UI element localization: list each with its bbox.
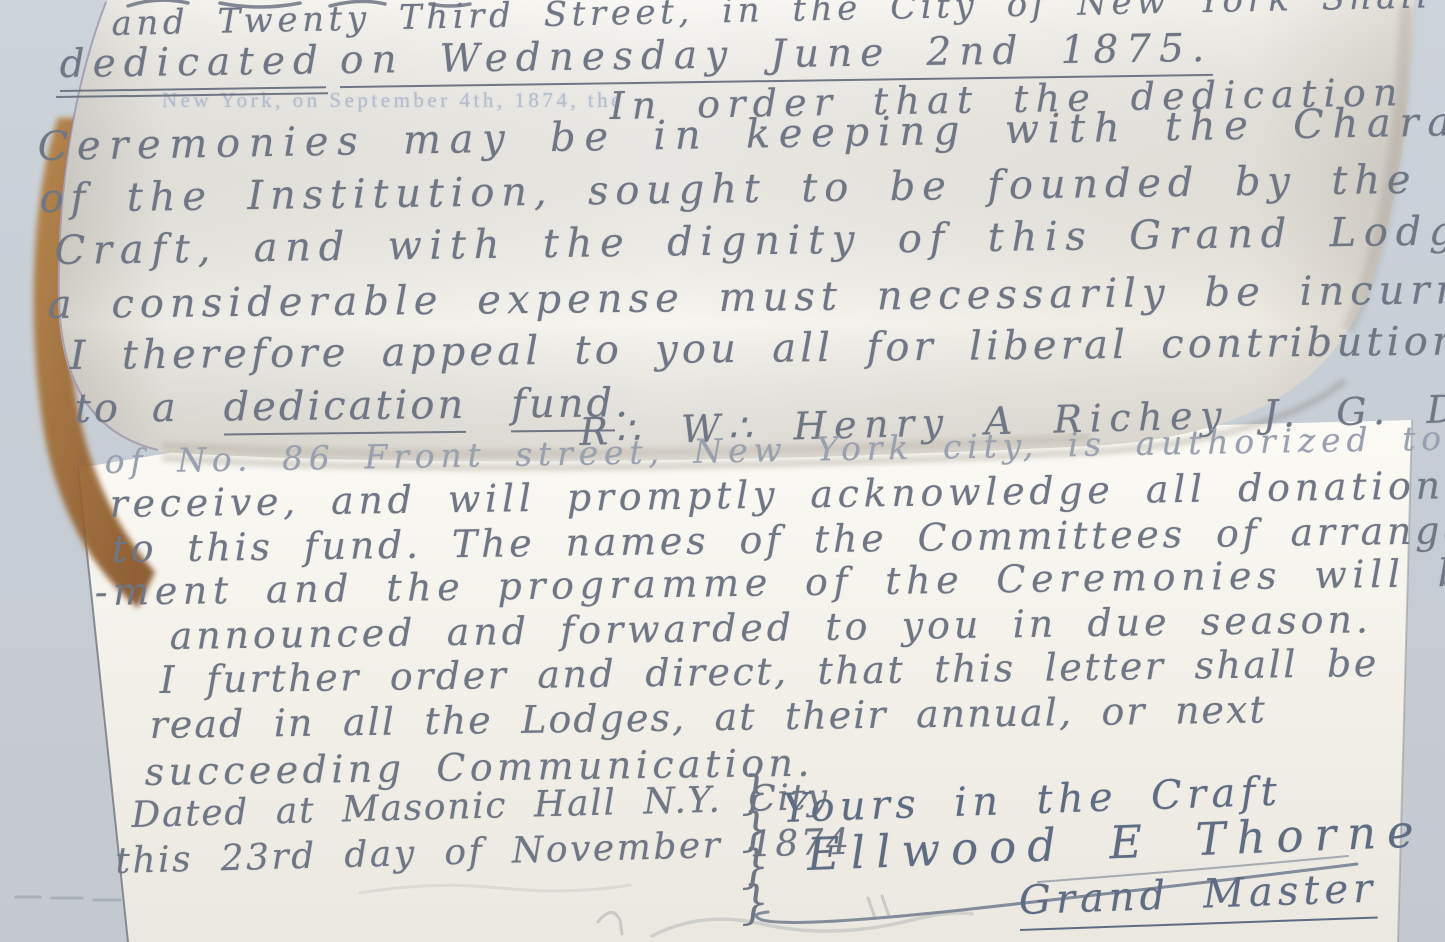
word-dedication: dedication bbox=[223, 382, 466, 436]
line-appeal: I therefore appeal to you all for libera… bbox=[70, 318, 1445, 379]
handwriting-layer: New York, on September 4th, 1874, the an… bbox=[0, 0, 1445, 942]
line-dedication-fund: to a dedication fund. bbox=[75, 380, 632, 432]
closing-brace: } } } } bbox=[740, 774, 769, 921]
line-expense: a considerable expense must necessarily … bbox=[48, 266, 1445, 328]
word-dedicated: dedicated bbox=[59, 38, 326, 92]
fund-prefix: to a bbox=[75, 385, 179, 432]
signature-title: Grand Master bbox=[1018, 866, 1378, 931]
ghost-printed-line: New York, on September 4th, 1874, the bbox=[162, 88, 624, 113]
letter-photo: New York, on September 4th, 1874, the an… bbox=[0, 0, 1445, 942]
